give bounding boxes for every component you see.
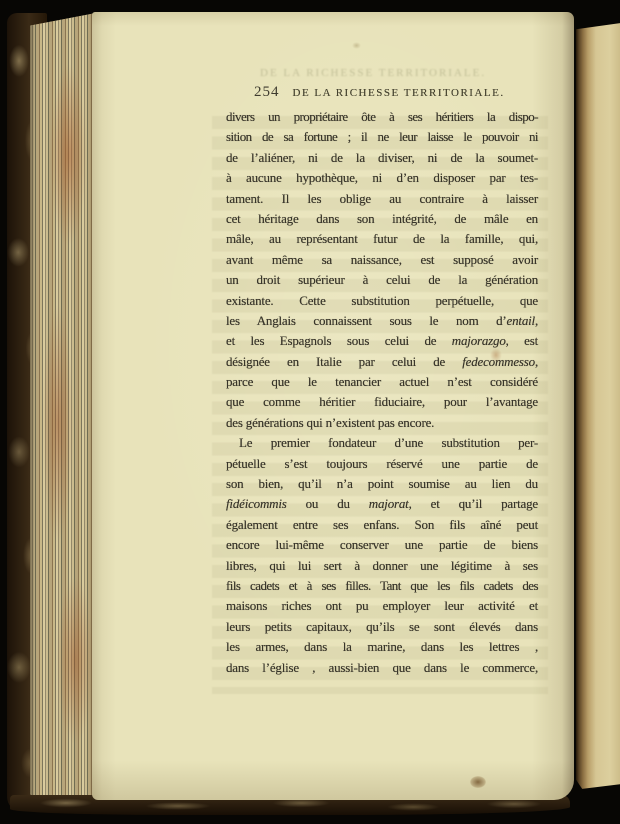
italic-term: fidéicommis: [226, 496, 287, 511]
text-segment: son bien, qu’il n’a point soumise au lie…: [226, 476, 538, 491]
text-segment: sition de sa fortune ; il ne leur laisse…: [226, 129, 538, 144]
text-segment: existante. Cette substitution perpétuell…: [226, 293, 538, 308]
text-segment: parce que le tenancier actuel n’est cons…: [226, 374, 538, 389]
text-segment: , et qu’il partage: [409, 496, 538, 511]
text-segment: de l’aliéner, ni de la diviser, ni de la…: [226, 150, 538, 165]
text-line: de l’aliéner, ni de la diviser, ni de la…: [226, 148, 538, 168]
text-segment: désignée en Italie par celui de: [226, 354, 462, 369]
text-segment: ,: [535, 313, 538, 328]
italic-term: majorat: [369, 496, 409, 511]
text-line: parce que le tenancier actuel n’est cons…: [226, 372, 538, 392]
text-segment: ,: [535, 354, 538, 369]
page-stain: [470, 776, 486, 788]
page-edges: [30, 13, 96, 803]
page-text: divers un propriétaire ôte à ses héritie…: [226, 107, 538, 678]
page-number: 254: [254, 84, 280, 101]
text-segment: fils cadets et à ses filles. Tant que le…: [226, 578, 538, 593]
text-segment: que comme héritier fiduciaire, pour l’av…: [226, 394, 538, 409]
running-header-title: DE LA RICHESSE TERRITORIALE.: [293, 87, 505, 99]
text-line: divers un propriétaire ôte à ses héritie…: [226, 107, 538, 127]
text-line: mâle, au représentant futur de la famill…: [226, 229, 538, 249]
text-line: cet héritage dans son intégrité, de mâle…: [226, 209, 538, 229]
running-header: 254 DE LA RICHESSE TERRITORIALE.: [254, 84, 505, 101]
text-line: existante. Cette substitution perpétuell…: [226, 291, 538, 311]
text-segment: avant même sa naissance, est supposé avo…: [226, 252, 538, 267]
facing-page-edge: [576, 20, 620, 792]
text-line: pétuelle s’est toujours réservé une part…: [226, 454, 538, 474]
text-segment: cet héritage dans son intégrité, de mâle…: [226, 211, 538, 226]
italic-term: entail: [507, 313, 535, 328]
text-segment: leurs petits capitaux, qu’ils se sont él…: [226, 619, 538, 634]
book-page: DE LA RICHESSE TERRITORIALE. 254 DE LA R…: [92, 12, 574, 800]
text-line: Le premier fondateur d’une substitution …: [226, 433, 538, 453]
text-segment: les armes, dans la marine, dans les lett…: [226, 639, 538, 654]
text-line: les Anglais connaissent sous le nom d’en…: [226, 311, 538, 331]
header-showthrough: DE LA RICHESSE TERRITORIALE.: [260, 67, 486, 79]
text-segment: divers un propriétaire ôte à ses héritie…: [226, 109, 538, 124]
text-line: dans l’église , aussi-bien que dans le c…: [226, 658, 538, 678]
text-segment: , est: [506, 333, 538, 348]
text-segment: ou du: [287, 496, 369, 511]
italic-term: majorazgo: [452, 333, 506, 348]
text-line: un droit supérieur à celui de la générat…: [226, 270, 538, 290]
book-photo: DE LA RICHESSE TERRITORIALE. 254 DE LA R…: [0, 0, 620, 824]
text-line: que comme héritier fiduciaire, pour l’av…: [226, 392, 538, 412]
text-line: fils cadets et à ses filles. Tant que le…: [226, 576, 538, 596]
text-segment: dans l’église , aussi-bien que dans le c…: [226, 660, 538, 675]
page-stain: [352, 42, 361, 49]
text-line: à aucune hypothèque, ni d’en disposer pa…: [226, 168, 538, 188]
text-segment: et les Espagnols sous celui de: [226, 333, 452, 348]
text-segment: tament. Il les oblige au contraire à lai…: [226, 191, 538, 206]
text-line: également entre ses enfans. Son fils aîn…: [226, 515, 538, 535]
text-line: sition de sa fortune ; il ne leur laisse…: [226, 127, 538, 147]
text-segment: un droit supérieur à celui de la générat…: [226, 272, 538, 287]
text-line: libres, qui lui sert à donner une légiti…: [226, 556, 538, 576]
text-line: son bien, qu’il n’a point soumise au lie…: [226, 474, 538, 494]
text-segment: des générations qui n’existent pas encor…: [226, 415, 434, 430]
text-line: tament. Il les oblige au contraire à lai…: [226, 189, 538, 209]
text-segment: mâle, au représentant futur de la famill…: [226, 231, 538, 246]
text-line: fidéicommis ou du majorat, et qu’il part…: [226, 494, 538, 514]
text-segment: encore lui-même conserver une partie de …: [226, 537, 538, 552]
text-line: leurs petits capitaux, qu’ils se sont él…: [226, 617, 538, 637]
text-segment: libres, qui lui sert à donner une légiti…: [226, 558, 538, 573]
text-segment: à aucune hypothèque, ni d’en disposer pa…: [226, 170, 538, 185]
text-line: encore lui-même conserver une partie de …: [226, 535, 538, 555]
text-line: les armes, dans la marine, dans les lett…: [226, 637, 538, 657]
text-line: maisons riches ont pu employer leur acti…: [226, 596, 538, 616]
text-segment: maisons riches ont pu employer leur acti…: [226, 598, 538, 613]
text-segment: les Anglais connaissent sous le nom d’: [226, 313, 507, 328]
page-stain: [490, 348, 502, 362]
text-segment: également entre ses enfans. Son fils aîn…: [226, 517, 538, 532]
text-line: avant même sa naissance, est supposé avo…: [226, 250, 538, 270]
text-segment: pétuelle s’est toujours réservé une part…: [226, 456, 538, 471]
text-segment: Le premier fondateur d’une substitution …: [239, 435, 538, 450]
text-line: des générations qui n’existent pas encor…: [226, 413, 538, 433]
